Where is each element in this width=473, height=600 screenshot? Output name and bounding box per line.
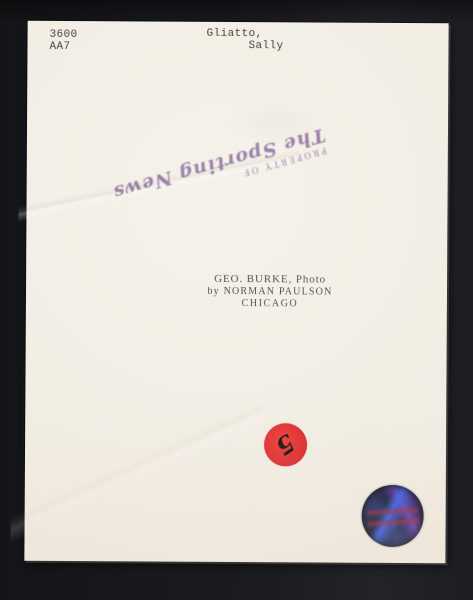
credit-photographer: GEO. BURKE, Photo [175,273,365,287]
hologram-red-text-band [367,506,419,530]
archive-number-line1: 3600 [50,30,78,42]
hologram-sticker [361,485,423,547]
property-stamp-upside-down: PROPERTY OF The Sporting News [143,124,330,204]
photographer-credit: GEO. BURKE, Photo by NORMAN PAULSON CHIC… [175,273,365,311]
red-sticker-number: 5 [273,427,299,463]
photo-back-scan: 3600 AA7 Gliatto, Sally PROPERTY OF The … [0,0,473,600]
red-dot-sticker: 5 [264,423,307,466]
credit-city: CHICAGO [175,298,365,311]
credit-printer: by NORMAN PAULSON [175,286,365,299]
paper-crease [10,381,261,553]
photo-paper-back: 3600 AA7 Gliatto, Sally PROPERTY OF The … [24,21,448,564]
subject-last-name: Gliatto, [207,29,284,41]
subject-name: Gliatto, Sally [206,29,283,52]
archive-number: 3600 AA7 [49,30,77,53]
subject-first-name: Sally [248,41,283,53]
archive-number-line2: AA7 [49,41,77,53]
